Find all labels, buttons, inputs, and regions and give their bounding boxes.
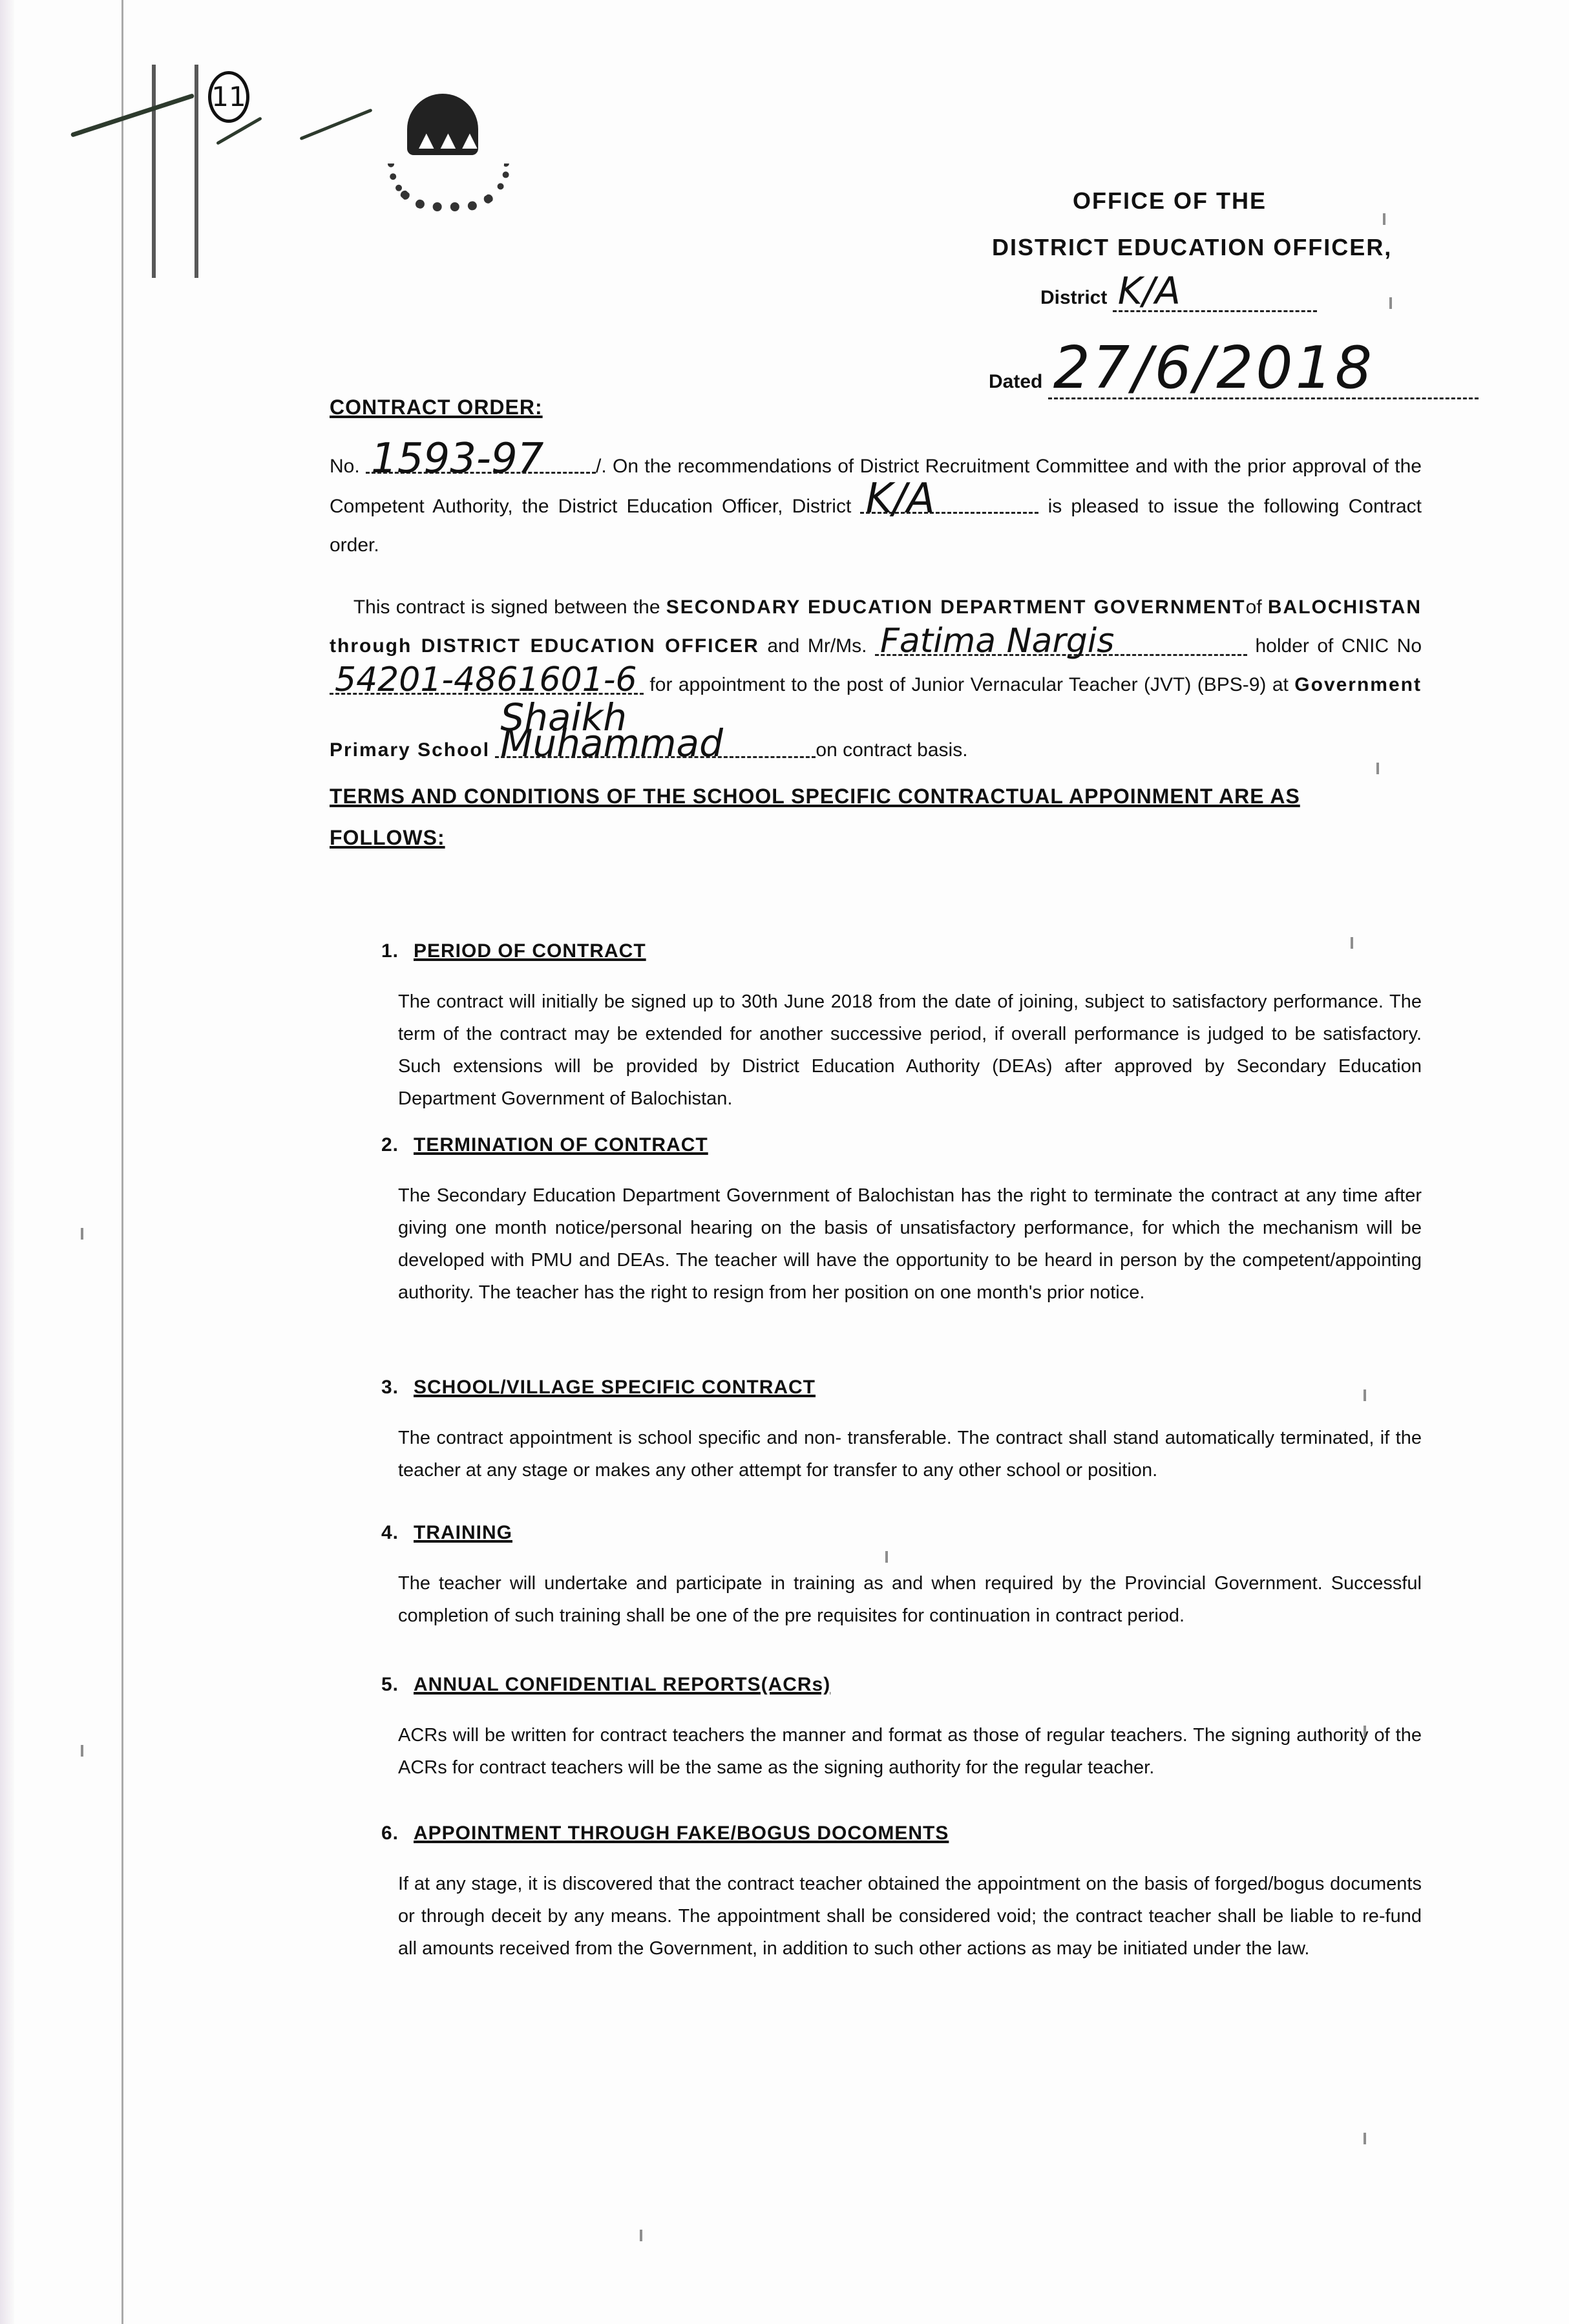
section-school-village-specific: 3.SCHOOL/VILLAGE SPECIFIC CONTRACT The c… [381,1377,1422,1486]
signing-paragraph: This contract is signed between the SECO… [330,588,1422,770]
scan-speck [81,1228,83,1240]
order-district-value: K/A [860,486,1038,514]
order-number-paragraph: No. 1593-97/. On the recommendations of … [330,446,1422,565]
section-fake-bogus-documents: 6.APPOINTMENT THROUGH FAKE/BOGUS DOCOMEN… [381,1822,1422,1965]
scan-fold-line [121,0,123,2324]
district-value: K/A [1113,271,1317,312]
scan-speck [1351,937,1353,949]
section-body: The contract will initially be signed up… [381,986,1422,1115]
section-body: ACRs will be written for contract teache… [381,1719,1422,1784]
section-number: 1. [381,940,414,962]
section-number: 4. [381,1522,414,1544]
signing-text: This contract is signed between the [353,597,660,618]
handwritten-annotation: 11 [39,39,362,207]
department-name: SECONDARY EDUCATION DEPARTMENT GOVERNMEN… [666,597,1246,618]
section-termination-of-contract: 2.TERMINATION OF CONTRACT The Secondary … [381,1134,1422,1309]
annotation-dash [299,109,372,141]
cnic-value: 54201-4861601-6 [330,667,644,695]
scan-speck [640,2230,642,2241]
scan-speck [1364,1726,1366,1737]
scan-speck [1389,297,1392,309]
dated-label: Dated [989,371,1042,392]
scan-speck [1364,2133,1366,2144]
circled-number: 11 [208,71,249,123]
dated-value: 27/6/2018 [1048,339,1479,399]
section-number: 3. [381,1377,414,1399]
order-no-label: No. [330,456,360,477]
section-title: ANNUAL CONFIDENTIAL REPORTS(ACRs) [414,1674,830,1695]
signing-text: and Mr/Ms. [767,635,867,657]
scan-speck [1376,763,1379,774]
scan-speck [885,1551,888,1563]
document-page: 11 ▲▲▲ OFFICE OF THE DISTRICT EDUCATION … [0,0,1569,2324]
section-title: APPOINTMENT THROUGH FAKE/BOGUS DOCOMENTS [414,1822,949,1844]
section-title: PERIOD OF CONTRACT [414,940,646,962]
teacher-name-value: Fatima Nargis [875,628,1247,656]
signing-text: on contract basis. [816,739,967,761]
office-title-line2: DISTRICT EDUCATION OFFICER, [992,234,1392,261]
section-number: 5. [381,1674,414,1696]
scan-speck [81,1745,83,1757]
order-no-value: 1593-97 [366,446,596,474]
section-title: TRAINING [414,1522,512,1543]
section-body: The contract appointment is school speci… [381,1422,1422,1486]
signing-text: of [1246,597,1262,618]
section-number: 2. [381,1134,414,1156]
terms-heading: TERMS AND CONDITIONS OF THE SCHOOL SPECI… [330,776,1364,858]
section-training: 4.TRAINING The teacher will undertake an… [381,1522,1422,1632]
signing-text: for appointment to the post of Junior Ve… [649,674,1288,695]
government-emblem-icon: ▲▲▲ [388,94,498,207]
section-title: SCHOOL/VILLAGE SPECIFIC CONTRACT [414,1377,816,1398]
contract-order-heading: CONTRACT ORDER: [330,396,543,419]
section-body: The teacher will undertake and participa… [381,1567,1422,1632]
office-title-line1: OFFICE OF THE [1073,187,1267,215]
district-label: District [1040,287,1107,308]
scan-edge-shadow [0,0,14,2324]
dated-field: Dated 27/6/2018 [989,339,1479,399]
district-field: District K/A [1040,271,1317,312]
section-title: TERMINATION OF CONTRACT [414,1134,708,1156]
scan-speck [1383,213,1385,225]
section-number: 6. [381,1822,414,1844]
section-body: If at any stage, it is discovered that t… [381,1868,1422,1965]
signing-text: holder of CNIC No [1255,635,1422,657]
section-period-of-contract: 1.PERIOD OF CONTRACT The contract will i… [381,940,1422,1115]
scan-speck [1364,1389,1366,1401]
section-body: The Secondary Education Department Gover… [381,1179,1422,1309]
school-name-value: Shaikh Muhammad [495,704,816,758]
section-annual-confidential-reports: 5.ANNUAL CONFIDENTIAL REPORTS(ACRs) ACRs… [381,1674,1422,1784]
